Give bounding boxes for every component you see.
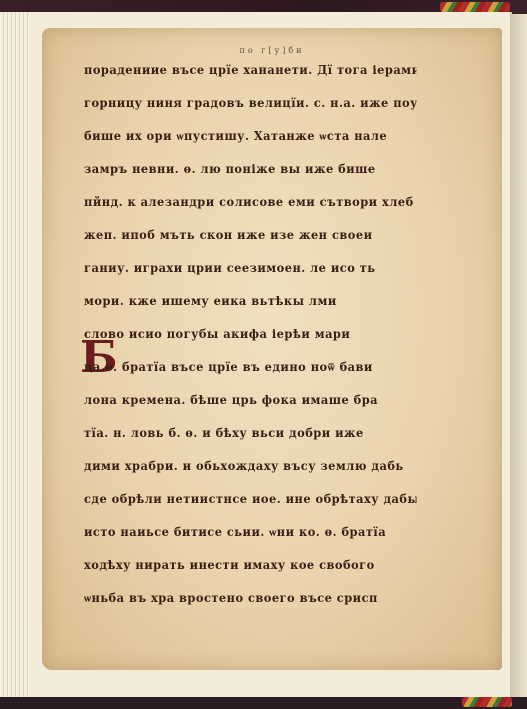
page-edges: [0, 12, 30, 698]
text-line: исто наиьсе битисе сьии. ѡни ко. ѳ. брат…: [84, 516, 417, 549]
text-line: жеп. ипоб мъть скон иже изе жен своеи: [84, 219, 417, 252]
text-line: дими храбри. и обьхождаху въсу землю даб…: [84, 450, 417, 483]
bookmark-ribbon-top: [440, 2, 510, 12]
text-line: слово исио погубы акифа іерѣи мари: [84, 318, 417, 351]
text-line: ца.ѳ. братїа въсе црїе въ едино ноѿ бави: [84, 351, 417, 384]
manuscript-text: порадениие въсе црїе хананети. Дї тога і…: [84, 54, 434, 615]
text-line: ѡньба въ хра вростено своего въсе срисп: [84, 582, 417, 615]
text-line: ходѣху нирать инести имаху кое свобого: [84, 549, 417, 582]
text-line: мори. кже ишему еика вьтѣкы лми: [84, 285, 417, 318]
text-line: порадениие въсе црїе хананети. Дї тога і…: [84, 54, 417, 87]
text-line: замръ невни. ѳ. лю поніже вы иже бише: [84, 153, 417, 186]
text-line: ганиу. играхи црии сеезимоен. ле исо ть: [84, 252, 417, 285]
text-line: пйнд. к алезандри солисове еми сътвори х…: [84, 186, 417, 219]
background-bottom: [0, 697, 527, 709]
text-line: горницу ниня градовъ велицїи. с. н.а. иж…: [84, 87, 417, 120]
text-line: лона кремена. бѣше црь фока имаше бра: [84, 384, 417, 417]
facing-page: [510, 14, 527, 698]
text-line: бише их ори ѡпустишу. Хатанже ѡста нале: [84, 120, 417, 153]
text-line: сде обрѣли нетиистнсе иое. ине обрѣтаху …: [84, 483, 417, 516]
bookmark-ribbon-bottom: [462, 697, 512, 707]
text-line: тїа. н. ловь б. ѳ. и бѣху вьси добри иже: [84, 417, 417, 450]
